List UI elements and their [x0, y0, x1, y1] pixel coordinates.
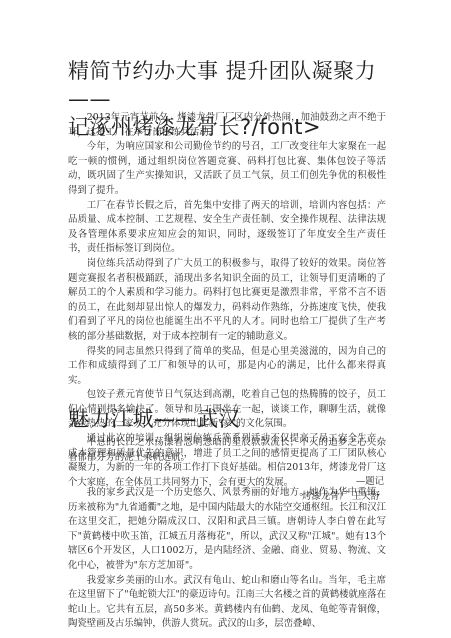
- article1-paragraph: 工厂在春节长假之后，首先集中安排了两天的培训，培训内容包括：产品质量、成本控制、…: [68, 199, 386, 257]
- article1-paragraph: 得奖的同志虽然只得到了简单的奖品，但是心里美滋滋的，因为自己的工作和成绩得到了工…: [68, 345, 386, 389]
- article1-title-line1: 精简节约办大事 提升团队凝聚力——: [68, 57, 398, 113]
- article1-paragraph: 2013年元宵节前夕，烤漆龙骨厂厂区内分外热闹，加油鼓劲之声不绝于耳，这是工厂在…: [68, 111, 386, 140]
- article2-epigraph: 不息的长江之水荡漾着忽明忽暗的星辰款款流长；不灭的追梦之心夹杂着郁郁芬芳的泥土乘…: [68, 436, 386, 490]
- article2-paragraph: 我的家乡武汉是一个历史悠久、风景秀丽的好地方。她作为华中重镇，历来被称为"九省通…: [68, 486, 386, 574]
- article1-paragraph: 岗位练兵活动得到了广大员工的积极参与，取得了较好的效果。岗位答题竞赛报名者积极踊…: [68, 257, 386, 345]
- article2-body: 我的家乡武汉是一个历史悠久、风景秀丽的好地方。她作为华中重镇，历来被称为"九省通…: [68, 486, 386, 632]
- article1-paragraph: 今年，为响应国家和公司勤俭节约的号召，工厂改变往年大家聚在一起吃一顿的惯例，通过…: [68, 140, 386, 198]
- article2-title: 魅力江城——武汉: [68, 405, 398, 433]
- document-page: 精简节约办大事 提升团队凝聚力—— 记涿州烤漆龙骨长?/font> 2013年元…: [0, 0, 451, 638]
- article2-paragraph: 我爱家乡美丽的山水。武汉有龟山、蛇山和磨山等名山。当年，毛主席在这里留下了"龟蛇…: [68, 574, 386, 632]
- epigraph-text: 不息的长江之水荡漾着忽明忽暗的星辰款款流长；不灭的追梦之心夹杂着郁郁芬芳的泥土乘…: [68, 436, 386, 465]
